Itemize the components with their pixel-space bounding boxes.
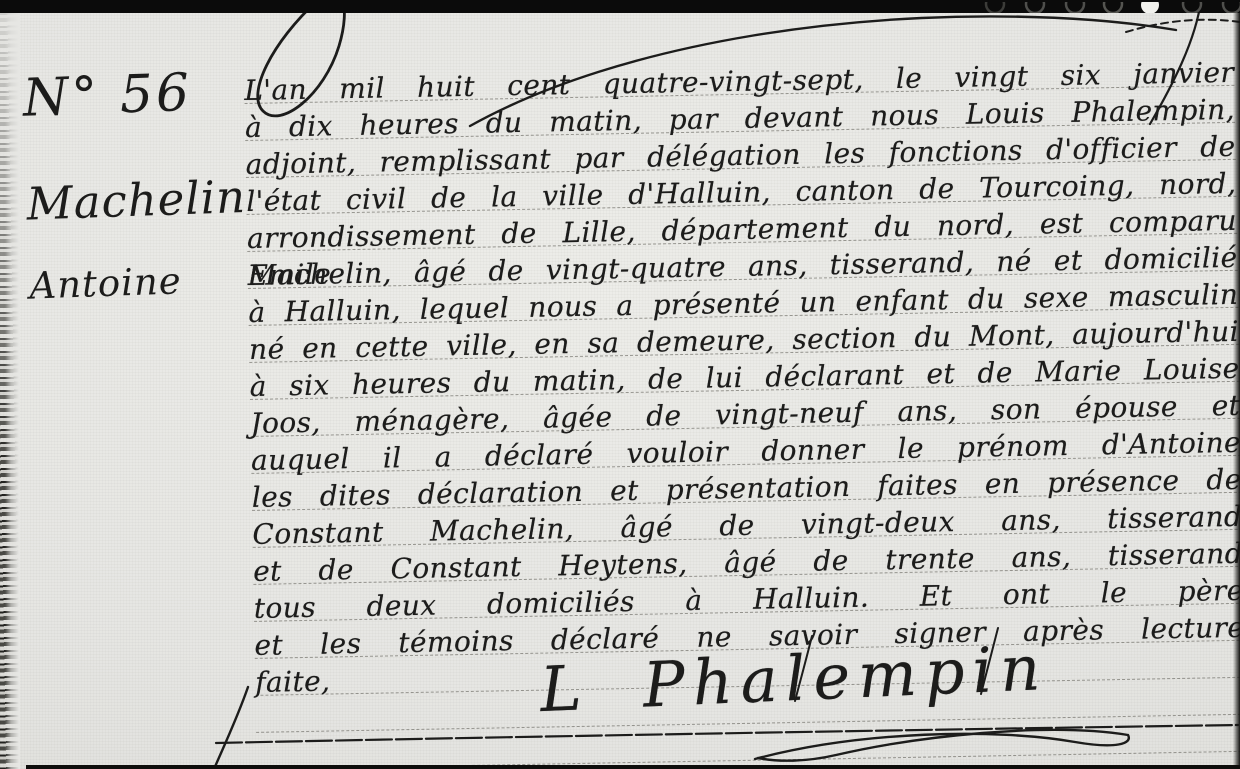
film-perforation-icon (1104, 2, 1122, 13)
scan-top-border (0, 0, 1240, 13)
film-perforations (0, 2, 1240, 13)
closing-slash (214, 687, 248, 769)
book-binding-edge (0, 0, 20, 769)
film-perforation-icon (1066, 2, 1084, 13)
film-perforation-icon (1223, 2, 1240, 13)
film-perforation-icon (986, 2, 1004, 13)
margin-given-name: Antoine (29, 256, 240, 309)
act-number: N° 56 (22, 60, 234, 129)
film-perforation-icon (1183, 2, 1201, 13)
margin-surname: Machelin (26, 170, 238, 231)
film-perforation-icon (1026, 2, 1044, 13)
flourish-dash (1126, 20, 1240, 32)
film-perforation-icon (1141, 2, 1159, 13)
scan-right-border (1233, 10, 1240, 769)
scanned-birth-record: N° 56 Machelin Antoine L'an mil huit cen… (0, 0, 1240, 769)
scan-bottom-border (26, 765, 1240, 769)
margin-annotations: N° 56 Machelin Antoine (22, 60, 240, 309)
